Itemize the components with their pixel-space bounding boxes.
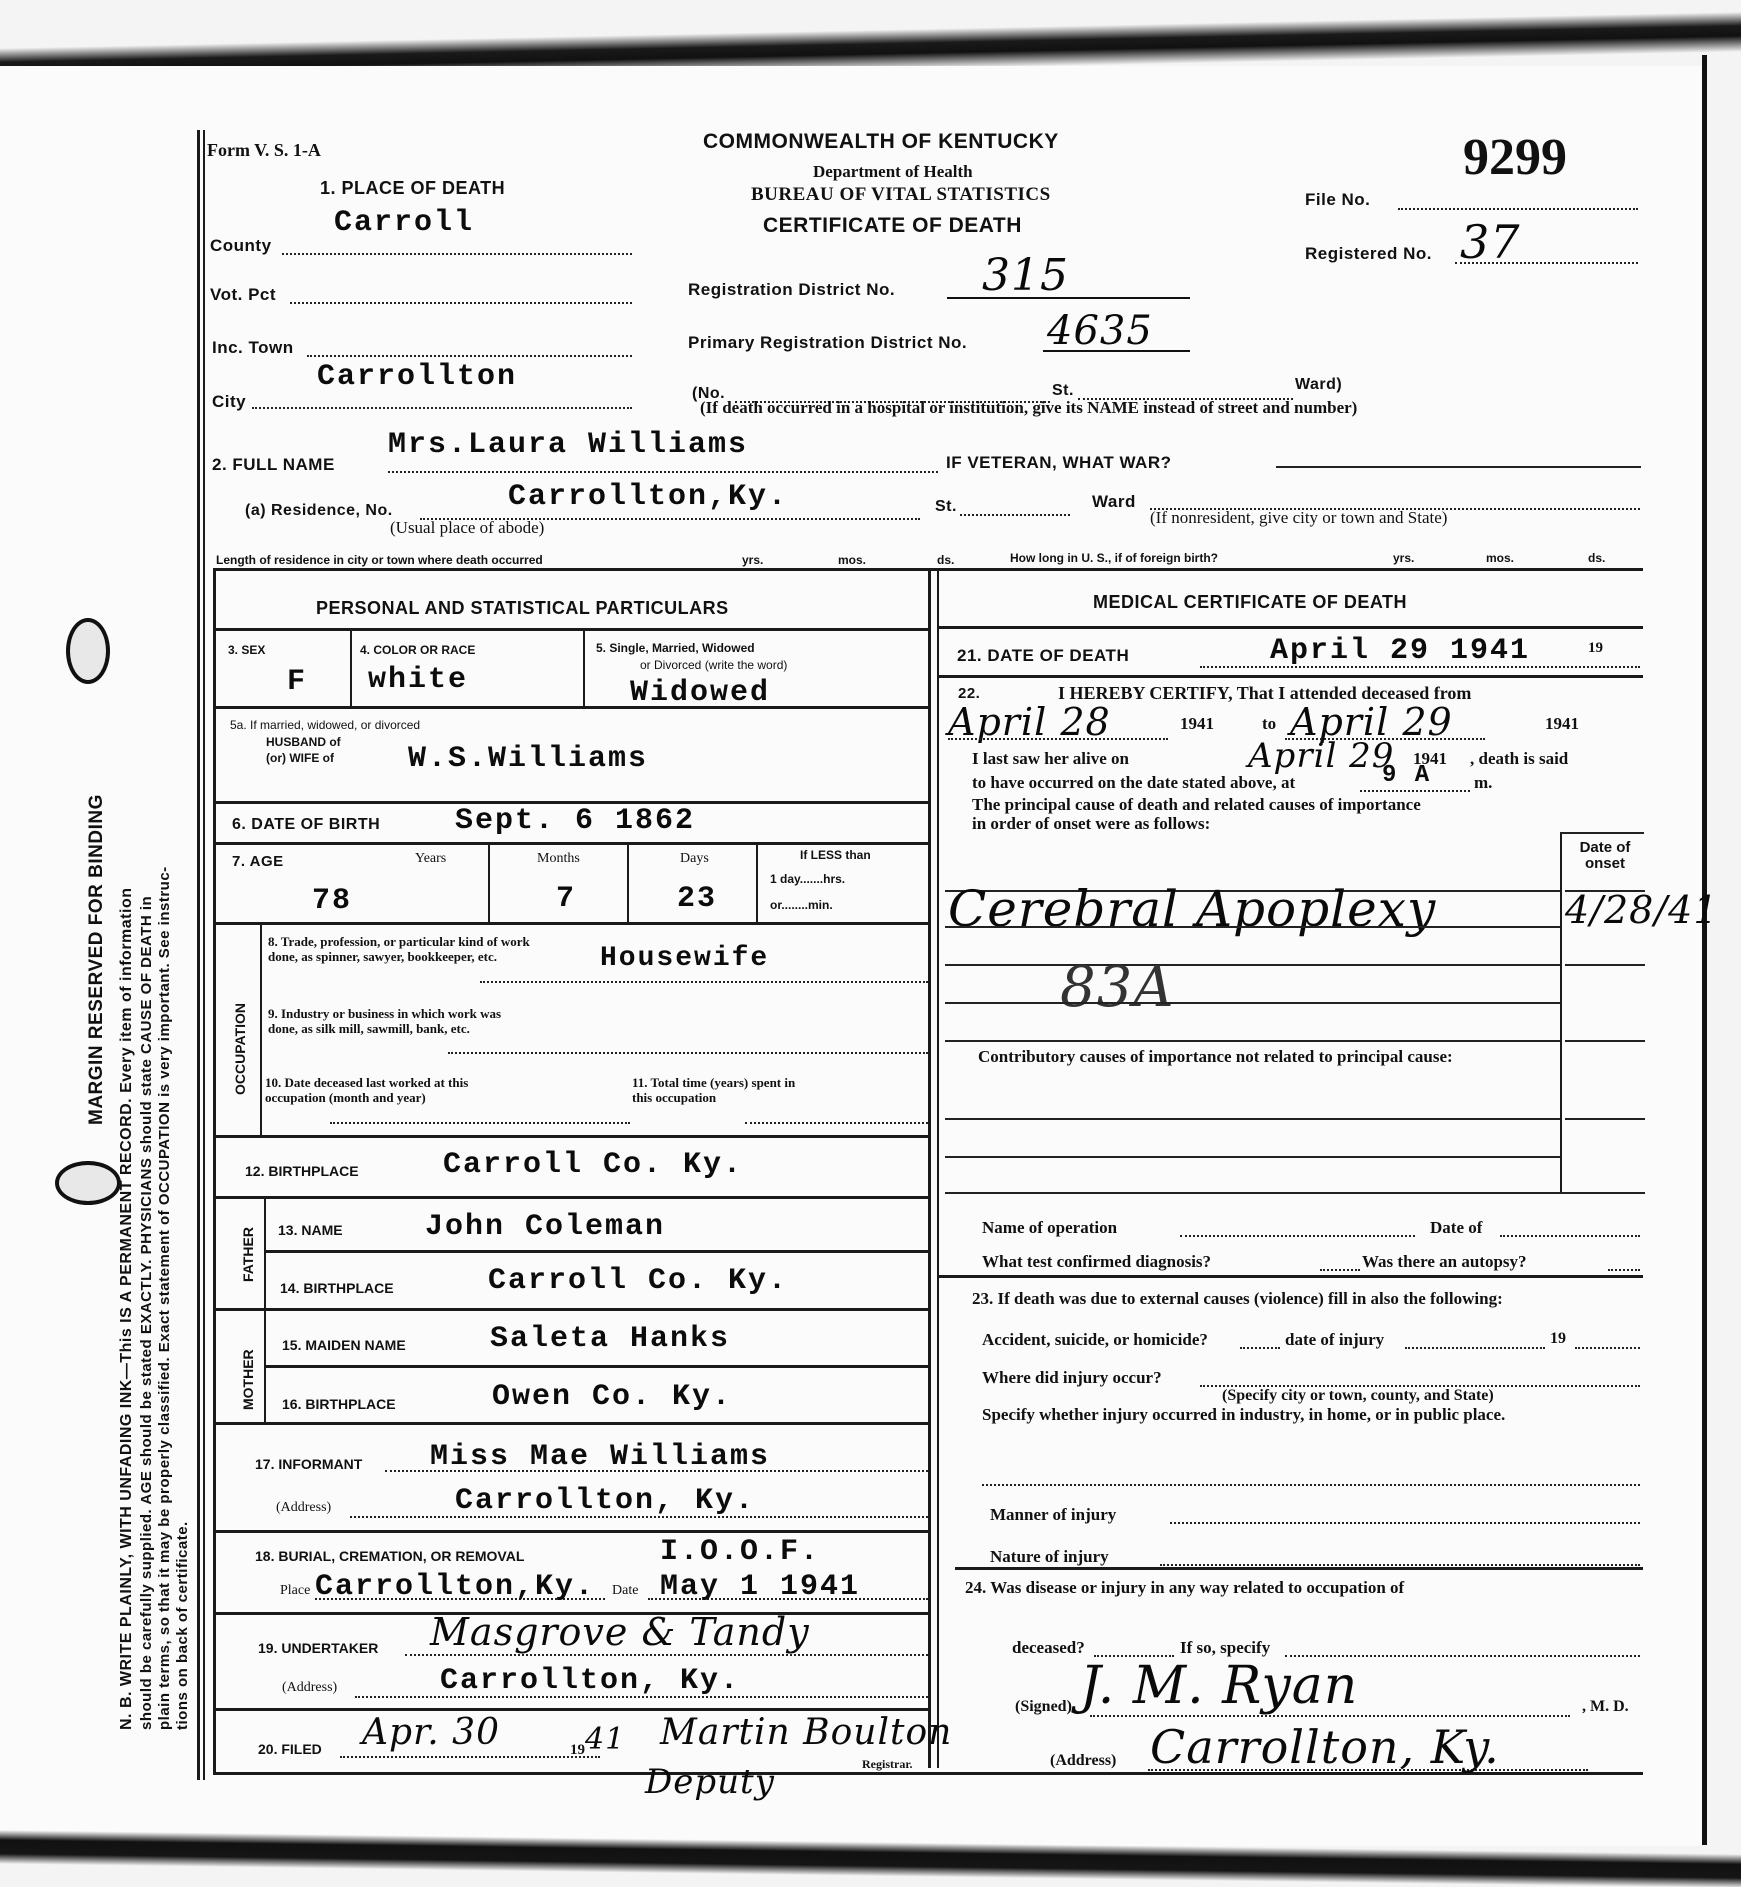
place-of-death-heading: 1. PLACE OF DEATH (320, 178, 505, 199)
burial-place-label: Place (280, 1583, 310, 1599)
burial-date-value: May 1 1941 (660, 1570, 860, 1604)
spouse-value: W.S.Williams (408, 742, 648, 776)
cause-code: 83A (1060, 955, 1175, 1020)
county-field[interactable] (282, 253, 632, 255)
father-birthplace-label: 14. BIRTHPLACE (280, 1280, 394, 1296)
row-rule (213, 1135, 929, 1138)
row-rule (938, 626, 1643, 629)
am-pm-label: m. (1474, 773, 1492, 793)
burial-place-value: Carrollton,Ky. (315, 1570, 595, 1604)
deceased-label: deceased? (1012, 1638, 1085, 1658)
foreign-birth-label: How long in U. S., if of foreign birth? (1010, 551, 1218, 565)
age-days-label: Days (680, 851, 709, 867)
physician-signature: J. M. Ryan (1080, 1656, 1358, 1716)
trade-value: Housewife (600, 943, 769, 974)
row-rule (955, 1567, 1643, 1570)
diagnosis-label: What test confirmed diagnosis? (982, 1252, 1211, 1272)
principal-text-2: in order of onset were as follows: (972, 814, 1210, 834)
city-field[interactable] (252, 407, 632, 409)
last-saw-text: I last saw her alive on (972, 749, 1129, 769)
birthplace-value: Carroll Co. Ky. (443, 1148, 743, 1182)
age-months-label: Months (537, 851, 580, 867)
filed-date-field[interactable] (340, 1756, 600, 1758)
age-days-value: 23 (677, 882, 717, 916)
last-saw-date: April 29 (1248, 736, 1394, 776)
reg-district-label: Registration District No. (688, 280, 895, 300)
page-edge (1702, 55, 1707, 1845)
nature-injury-field[interactable] (1160, 1564, 1640, 1566)
informant-label: 17. INFORMANT (255, 1456, 362, 1472)
cause-line (945, 1040, 1560, 1042)
registrar-deputy-note: Deputy (645, 1762, 775, 1802)
physician-address-label: (Address) (1050, 1752, 1116, 1770)
occupation-side-rule (260, 922, 262, 1135)
dob-value: Sept. 6 1862 (455, 804, 695, 838)
res-mos: mos. (838, 553, 866, 567)
cause-line (945, 964, 1560, 966)
filed-label: 20. FILED (258, 1741, 322, 1757)
reg-district-value: 315 (982, 250, 1069, 301)
autopsy-field[interactable] (1608, 1269, 1640, 1271)
marital-label-2: or Divorced (write the word) (640, 658, 787, 672)
row-rule (213, 706, 929, 709)
county-label: County (210, 236, 272, 256)
if-so-label: If so, specify (1180, 1638, 1270, 1658)
age-years-value: 78 (312, 884, 352, 918)
residence-st-field[interactable] (960, 514, 1070, 516)
sex-label: 3. SEX (228, 643, 265, 657)
death-year-prefix: 19 (1588, 640, 1603, 657)
row-rule (213, 922, 929, 925)
full-name-label: 2. FULL NAME (212, 455, 335, 475)
file-no-label: File No. (1305, 190, 1370, 210)
spouse-label-1: 5a. If married, widowed, or divorced (230, 718, 420, 732)
death-said-text: , death is said (1470, 749, 1568, 769)
primary-district-label: Primary Registration District No. (688, 333, 967, 353)
onset-line (1565, 1118, 1645, 1120)
industry-label: 9. Industry or business in which work wa… (268, 1006, 523, 1036)
registrar-label: Registrar. (862, 1757, 913, 1772)
margin-instruction-1: N. B. WRITE PLAINLY, WITH UNFADING INK—T… (118, 888, 136, 1731)
primary-district-value: 4635 (1047, 308, 1153, 354)
contributory-line (945, 1156, 1560, 1158)
res-ds: ds. (937, 553, 954, 567)
residence-st-label: St. (935, 498, 957, 516)
cause-value: Cerebral Apoplexy (948, 880, 1436, 938)
veteran-field[interactable] (1276, 466, 1641, 468)
city-label: City (212, 392, 246, 412)
margin-binding-note: MARGIN RESERVED FOR BINDING (86, 794, 108, 1125)
burial-label: 18. BURIAL, CREMATION, OR REMOVAL (255, 1548, 524, 1564)
binding-hole-icon (66, 618, 110, 684)
age-months-value: 7 (556, 882, 576, 916)
cell-divider (488, 842, 490, 924)
file-number: 9299 (1463, 128, 1567, 187)
cell-divider (627, 842, 629, 924)
onset-value: 4/28/41 (1565, 888, 1719, 932)
contributory-line (945, 1192, 1645, 1194)
marital-value: Widowed (630, 676, 770, 710)
row-rule (938, 675, 1643, 678)
father-birthplace-value: Carroll Co. Ky. (488, 1264, 788, 1298)
veteran-label: IF VETERAN, WHAT WAR? (946, 453, 1172, 473)
row-rule (213, 628, 929, 631)
external-causes-label: 23. If death was due to external causes … (972, 1290, 1642, 1307)
mother-name-value: Saleta Hanks (490, 1322, 730, 1356)
attended-from-field[interactable] (948, 738, 1168, 740)
onset-line (1565, 964, 1645, 966)
contributory-line (945, 1118, 1560, 1120)
row-rule (264, 1250, 929, 1253)
onset-line (1565, 1040, 1645, 1042)
less-than-label-1: If LESS than (800, 848, 871, 862)
injury-year-field[interactable] (1575, 1347, 1640, 1349)
occupation-side-label: OCCUPATION (232, 1003, 248, 1095)
length-residence-label: Length of residence in city or town wher… (216, 553, 543, 567)
mother-birthplace-label: 16. BIRTHPLACE (282, 1396, 396, 1412)
physician-address-value: Carrollton, Ky. (1150, 1720, 1500, 1774)
industry-field[interactable] (448, 1052, 928, 1054)
row-rule (213, 1708, 929, 1711)
date-of-death-label: 21. DATE OF DEATH (957, 646, 1129, 666)
nature-injury-label: Nature of injury (990, 1547, 1109, 1567)
mother-side-label: MOTHER (240, 1349, 256, 1410)
hospital-note: (If death occurred in a hospital or inst… (700, 398, 1357, 418)
autopsy-label: Was there an autopsy? (1362, 1252, 1527, 1272)
column-divider (937, 568, 939, 1768)
injury-year-prefix: 19 (1550, 1330, 1566, 1348)
registered-no-label: Registered No. (1305, 244, 1432, 264)
mother-name-label: 15. MAIDEN NAME (282, 1337, 406, 1353)
time-value: 9 A (1382, 762, 1431, 789)
file-no-field (1398, 208, 1638, 210)
operation-date-label: Date of (1430, 1218, 1482, 1238)
personal-heading: PERSONAL AND STATISTICAL PARTICULARS (316, 598, 729, 619)
father-name-value: John Coleman (425, 1210, 665, 1244)
age-years-label: Years (415, 851, 446, 867)
time-field[interactable] (1360, 790, 1470, 792)
certificate-title: CERTIFICATE OF DEATH (763, 214, 1022, 238)
undertaker-label: 19. UNDERTAKER (258, 1640, 378, 1656)
sex-value: F (287, 665, 307, 699)
column-divider (928, 568, 931, 1768)
full-name-value: Mrs.Laura Williams (388, 428, 748, 462)
date-of-death-value: April 29 1941 (1270, 634, 1530, 668)
trade-label: 8. Trade, profession, or particular kind… (268, 934, 543, 964)
usual-place-note: (Usual place of abode) (390, 518, 544, 538)
contributory-label: Contributory causes of importance not re… (978, 1048, 1498, 1066)
last-worked-label: 10. Date deceased last worked at this oc… (265, 1075, 525, 1105)
diagnosis-field[interactable] (1320, 1269, 1360, 1271)
race-label: 4. COLOR OR RACE (360, 643, 475, 657)
occurred-text: to have occurred on the date stated abov… (972, 773, 1295, 793)
specify-whether-label: Specify whether injury occurred in indus… (982, 1406, 1637, 1424)
undertaker-address-value: Carrollton, Ky. (440, 1664, 740, 1698)
row-rule (264, 1365, 929, 1368)
informant-address-label: (Address) (276, 1500, 331, 1516)
attended-to-year: 1941 (1545, 714, 1579, 734)
row-rule (213, 1422, 929, 1425)
vot-pct-label: Vot. Pct (210, 285, 276, 305)
specify-whether-field[interactable] (982, 1484, 1640, 1486)
operation-label: Name of operation (982, 1218, 1117, 1238)
spouse-label-3: (or) WIFE of (266, 751, 334, 765)
accident-label: Accident, suicide, or homicide? (982, 1330, 1208, 1350)
total-time-label: 11. Total time (years) spent in this occ… (632, 1075, 812, 1105)
res-yrs: yrs. (742, 553, 763, 567)
trade-field[interactable] (480, 981, 928, 983)
table-left-rule (213, 568, 216, 1773)
cause-line (945, 1002, 1560, 1004)
marital-label-1: 5. Single, Married, Widowed (596, 641, 755, 655)
frame-rule (203, 130, 205, 1780)
informant-value: Miss Mae Williams (430, 1440, 770, 1474)
residence-value: Carrollton,Ky. (508, 480, 788, 514)
medical-heading: MEDICAL CERTIFICATE OF DEATH (1093, 592, 1407, 613)
margin-instruction-3: plain terms, so that it may be properly … (156, 866, 173, 1730)
onset-top-rule (1560, 832, 1644, 834)
last-worked-field[interactable] (330, 1122, 630, 1124)
father-name-label: 13. NAME (278, 1222, 343, 1238)
attended-from-year: 1941 (1180, 714, 1214, 734)
cell-divider (583, 628, 585, 708)
registrar-signature: Martin Boulton (660, 1712, 952, 1753)
frame-rule (197, 130, 200, 1780)
where-injury-label: Where did injury occur? (982, 1368, 1162, 1388)
full-name-field[interactable] (388, 471, 938, 473)
burial-value: I.O.O.F. (660, 1535, 820, 1569)
ward-label: Ward) (1295, 376, 1342, 394)
county-value: Carroll (334, 206, 474, 240)
row-rule (213, 842, 929, 845)
cell-divider (756, 842, 758, 924)
registered-no-value: 37 (1460, 215, 1521, 269)
department: Department of Health (813, 162, 973, 182)
age-label: 7. AGE (232, 853, 284, 870)
onset-column-rule (1560, 832, 1562, 1192)
principal-text-1: The principal cause of death and related… (972, 795, 1421, 815)
father-side-label: FATHER (240, 1227, 256, 1282)
attended-to-label: to (1262, 714, 1276, 734)
undertaker-address-label: (Address) (282, 1680, 337, 1696)
less-than-label-3: or........min. (770, 898, 833, 912)
residence-label: (a) Residence, No. (245, 502, 393, 520)
race-value: white (368, 663, 468, 697)
inc-town-label: Inc. Town (212, 338, 294, 358)
burial-date-label: Date (612, 1583, 638, 1599)
filed-year-value: 41 (585, 1722, 625, 1757)
manner-injury-field[interactable] (1170, 1522, 1640, 1524)
binding-hole-icon (55, 1161, 121, 1205)
injury-date-label: date of injury (1285, 1330, 1384, 1350)
form-number: Form V. S. 1-A (207, 140, 321, 161)
margin-instruction-4: tions on back of certificate. (174, 1521, 191, 1730)
operation-date-field[interactable] (1500, 1235, 1640, 1237)
inc-town-field[interactable] (307, 355, 632, 357)
residence-ward-label: Ward (1092, 492, 1136, 512)
city-value: Carrollton (317, 360, 517, 394)
signed-label: (Signed) (1015, 1698, 1072, 1716)
mother-birthplace-value: Owen Co. Ky. (492, 1380, 732, 1414)
vot-pct-field[interactable] (290, 302, 632, 304)
us-ds: ds. (1588, 551, 1605, 565)
undertaker-signature: Masgrove & Tandy (430, 1610, 810, 1654)
specify-city-note: (Specify city or town, county, and State… (1222, 1387, 1494, 1405)
dob-label: 6. DATE OF BIRTH (232, 816, 380, 834)
us-yrs: yrs. (1393, 551, 1414, 565)
row-rule (213, 1530, 929, 1533)
filed-year-prefix: 19 (570, 1742, 585, 1759)
state-title: COMMONWEALTH OF KENTUCKY (703, 130, 1059, 154)
margin-instruction-2: should be carefully supplied. AGE should… (138, 896, 155, 1730)
spouse-label-2: HUSBAND of (266, 735, 341, 749)
operation-field[interactable] (1180, 1235, 1415, 1237)
nonresident-note: (If nonresident, give city or town and S… (1150, 508, 1447, 528)
less-than-label-2: 1 day.......hrs. (770, 872, 845, 886)
total-time-field[interactable] (745, 1122, 928, 1124)
row-rule (938, 1275, 1643, 1278)
injury-date-field[interactable] (1405, 1347, 1545, 1349)
row-rule (213, 1196, 929, 1199)
md-label: , M. D. (1582, 1698, 1629, 1716)
us-mos: mos. (1486, 551, 1514, 565)
manner-injury-label: Manner of injury (990, 1505, 1116, 1525)
row-rule (213, 1308, 929, 1311)
onset-label: Date of onset (1570, 840, 1640, 872)
informant-address-value: Carrollton, Ky. (455, 1484, 755, 1518)
cell-divider (350, 628, 352, 708)
filed-date-value: Apr. 30 (362, 1712, 500, 1753)
undertaker-field[interactable] (405, 1654, 928, 1656)
occupation-related-label: 24. Was disease or injury in any way rel… (965, 1578, 1404, 1598)
cause-line (945, 926, 1560, 928)
accident-field[interactable] (1240, 1347, 1280, 1349)
bureau: BUREAU OF VITAL STATISTICS (751, 184, 1051, 206)
birthplace-label: 12. BIRTHPLACE (245, 1163, 359, 1179)
